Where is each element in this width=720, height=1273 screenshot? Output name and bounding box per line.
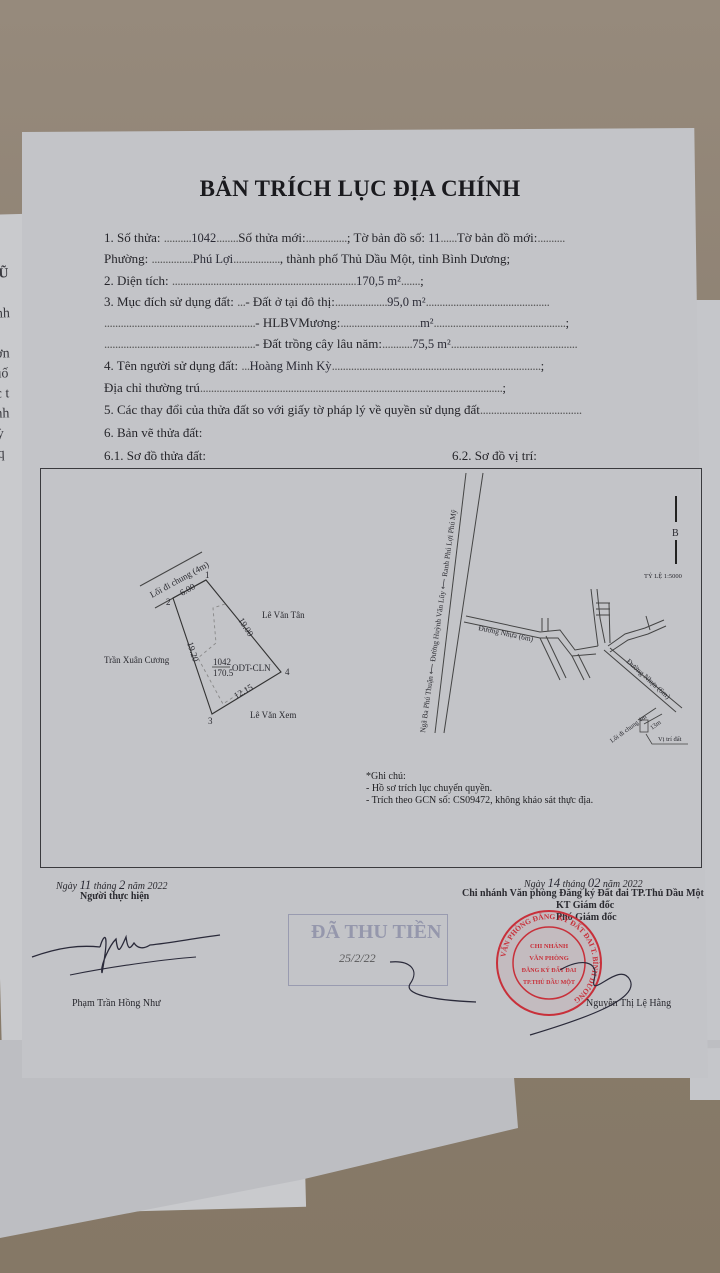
svg-text:1042: 1042 [213, 657, 231, 667]
purpose-value: 75,5 m² [412, 337, 450, 351]
svg-text:Ngã Ba Phú Thuận ⟵ Đường Huỳn: Ngã Ba Phú Thuận ⟵ Đường Huỳnh Văn Lũy ⟵… [418, 509, 458, 734]
back-fragment: ườn [0, 346, 10, 363]
field-row-ban-ve: 6. Bản vẽ thửa đất: [104, 425, 202, 441]
field-row-thay-doi: 5. Các thay đổi của thửa đất so với giấy… [104, 402, 582, 418]
svg-text:ODT-CLN: ODT-CLN [232, 663, 271, 673]
back-fragment: anh [0, 406, 10, 423]
label: Tờ bản đồ mới: [457, 230, 538, 245]
location-text: , thành phố Thủ Dầu Một, tỉnh Bình Dương… [280, 251, 510, 266]
month-value: 2 [119, 878, 125, 892]
svg-text:19.20: 19.20 [185, 641, 201, 664]
day-value: 11 [80, 878, 92, 892]
svg-text:Trần Xuân Cương: Trần Xuân Cương [104, 655, 170, 665]
svg-text:4: 4 [285, 667, 290, 677]
left-signature-role: Người thực hiện [80, 891, 149, 902]
svg-text:Vị trí đất: Vị trí đất [658, 736, 682, 743]
svg-text:Lê Văn Xem: Lê Văn Xem [250, 710, 296, 720]
back-fragment: cuố [0, 366, 9, 383]
purpose-label: - HLBVMương: [255, 315, 340, 330]
svg-text:B: B [672, 528, 679, 539]
notes-heading: *Ghi chú: [366, 771, 593, 783]
label: Ngày [56, 881, 77, 892]
back-fragment: kỳ [0, 426, 4, 442]
field-row-phuong: Phường: ...............Phú Lợi..........… [104, 251, 510, 267]
svg-text:19.00: 19.00 [236, 616, 255, 639]
fee-stamp-title: ĐÃ THU TIỀN [311, 921, 441, 944]
label: 1. Số thửa: [104, 230, 161, 245]
back-fragment: sinh [0, 306, 10, 323]
label: Phường: [104, 251, 148, 266]
so-thua-value: 1042 [191, 231, 216, 245]
purpose-value: 95,0 m² [387, 295, 425, 309]
back-fragment: ộc t [0, 386, 10, 403]
document-title: BẢN TRÍCH LỤC ĐỊA CHÍNH [0, 176, 720, 202]
back-fragment: A Ũ [0, 266, 9, 283]
right-signer-name: Nguyễn Thị Lệ Hằng [586, 998, 671, 1009]
field-row-dia-chi: Địa chỉ thường trú......................… [104, 380, 506, 396]
field-row-muc-dich-2: ........................................… [104, 315, 569, 331]
label: 2. Diện tích: [104, 273, 169, 288]
label: ; Tờ bản đồ số: [347, 230, 425, 245]
purpose-label: - Đất trồng cây lâu năm: [255, 336, 382, 351]
purpose-label: - Đất ở tại đô thị: [245, 294, 335, 309]
svg-text:12.15: 12.15 [232, 682, 255, 701]
purpose-value: m² [420, 316, 433, 330]
label: Địa chỉ thường trú [104, 380, 200, 395]
owner-name: Hoàng Minh Kỳ [250, 359, 332, 373]
fee-stamp-date: 25/2/22 [339, 951, 376, 966]
section-location-sketch-label: 6.2. Sơ đồ vị trí: [452, 448, 537, 464]
label: 3. Mục đích sử dụng đất: [104, 294, 234, 309]
back-fragment: i q [0, 446, 5, 462]
svg-text:Đường Nhựa (6m): Đường Nhựa (6m) [478, 623, 535, 644]
svg-text:13m: 13m [649, 719, 662, 731]
label: 5. Các thay đổi của thửa đất so với giấy… [104, 402, 480, 417]
field-row-ten-nguoi: 4. Tên người sử dụng đất: ...Hoàng Minh … [104, 358, 544, 374]
svg-text:Đường Nhựa (6m): Đường Nhựa (6m) [625, 657, 673, 701]
left-signer-name: Phạm Trần Hồng Như [72, 998, 161, 1009]
signature-stroke-middle [380, 960, 500, 1010]
svg-text:Lối đi chung (4m): Lối đi chung (4m) [148, 559, 210, 600]
section-parcel-sketch-label: 6.1. Sơ đồ thửa đất: [104, 448, 206, 464]
field-row-muc-dich: 3. Mục đích sử dụng đất: ...- Đất ở tại … [104, 294, 549, 310]
field-row-muc-dich-3: ........................................… [104, 336, 577, 352]
dien-tich-value: 170,5 m² [356, 274, 401, 288]
right-signature-org: Chi nhánh Văn phòng Đăng ký Đất đai TP.T… [462, 888, 704, 899]
svg-text:TỶ LỆ 1:5000: TỶ LỆ 1:5000 [644, 572, 682, 580]
field-row-so-thua: 1. Số thửa: ..........1042........Số thử… [104, 230, 565, 246]
notes-block: *Ghi chú: - Hồ sơ trích lục chuyển quyền… [366, 771, 593, 807]
svg-text:2: 2 [166, 597, 171, 607]
svg-text:Lối đi chung 4m: Lối đi chung 4m [609, 714, 648, 745]
svg-text:Lê Văn Tân: Lê Văn Tân [262, 610, 305, 620]
signature-drawing-left [30, 925, 230, 985]
note-item: - Trích theo GCN số: CS09472, không khảo… [366, 795, 593, 807]
location-sketch: Ngã Ba Phú Thuận ⟵ Đường Huỳnh Văn Lũy ⟵… [400, 468, 700, 768]
svg-text:1: 1 [205, 570, 210, 580]
svg-text:3: 3 [208, 716, 213, 726]
phuong-value: Phú Lợi [193, 252, 233, 266]
label: Số thửa mới: [238, 230, 305, 245]
parcel-sketch: Lối đi chung (4m) 1 2 3 4 6.00 19.00 19.… [40, 468, 370, 768]
label: 4. Tên người sử dụng đất: [104, 358, 238, 373]
to-ban-do-value: 11 [428, 231, 440, 245]
signature-drawing-right [520, 940, 650, 1040]
note-item: - Hồ sơ trích lục chuyển quyền. [366, 783, 593, 795]
field-row-dien-tich: 2. Diện tích: ..........................… [104, 273, 424, 289]
svg-text:170.5: 170.5 [213, 668, 234, 678]
